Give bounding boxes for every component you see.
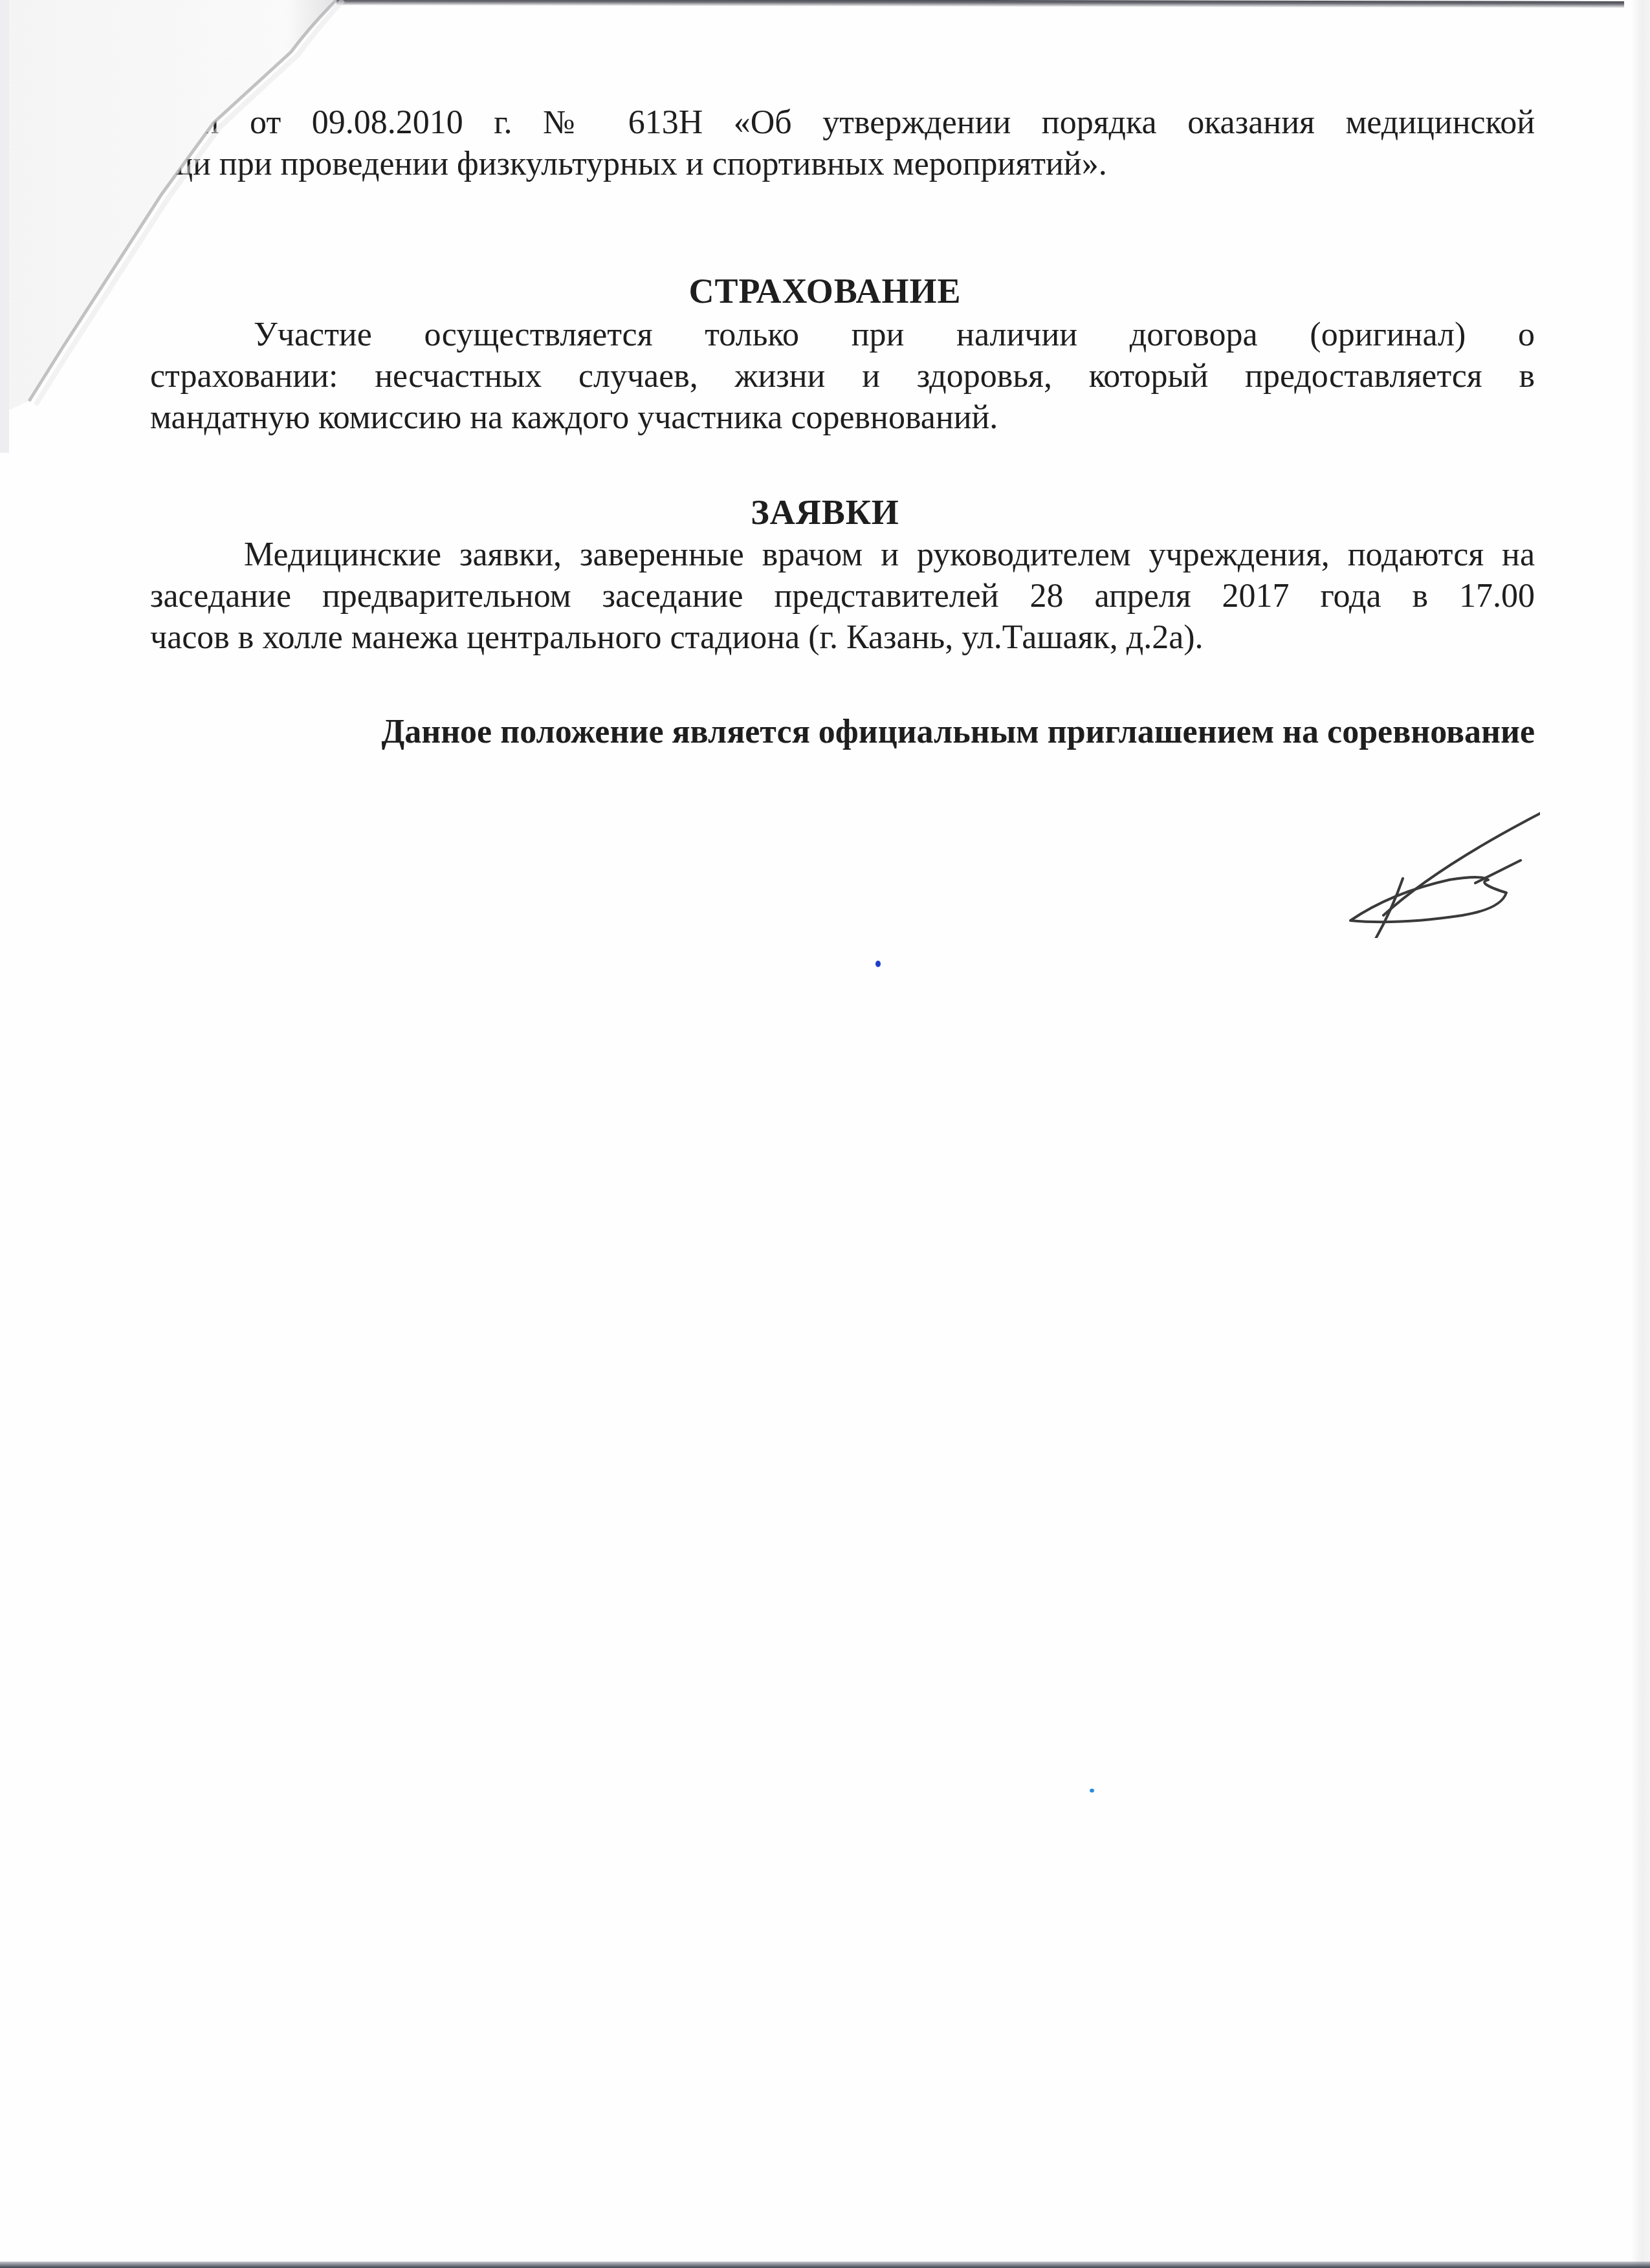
ink-speck xyxy=(1090,1789,1094,1793)
insurance-line-1: Участие осуществляется только при наличи… xyxy=(150,314,1535,356)
insurance-line-2: страховании: несчастных случаев, жизни и… xyxy=(150,356,1535,397)
scan-bottom-edge xyxy=(0,2262,1650,2268)
insurance-paragraph: Участие осуществляется только при наличи… xyxy=(150,314,1535,439)
scan-top-edge xyxy=(336,0,1624,8)
insurance-line-3: мандатную комиссию на каждого участника … xyxy=(150,397,1535,439)
scanned-page: ации от 09.08.2010 г. № 613Н «Об утвержд… xyxy=(0,0,1650,2268)
signature-icon xyxy=(1346,783,1540,938)
scan-right-edge xyxy=(1631,0,1650,2268)
applications-line-1: Медицинские заявки, заверенные врачом и … xyxy=(150,534,1535,576)
ink-speck xyxy=(875,961,881,967)
section-heading-insurance: СТРАХОВАНИЕ xyxy=(0,270,1650,312)
closing-statement: Данное положение является официальным пр… xyxy=(150,712,1535,753)
section-heading-applications: ЗАЯВКИ xyxy=(0,492,1650,533)
applications-line-3: часов в холле манежа центрального стадио… xyxy=(150,617,1535,659)
applications-line-2: заседание предварительном заседание пред… xyxy=(150,576,1535,617)
intro-line-1: ации от 09.08.2010 г. № 613Н «Об утвержд… xyxy=(150,102,1535,144)
applications-paragraph: Медицинские заявки, заверенные врачом и … xyxy=(150,534,1535,659)
intro-paragraph: ации от 09.08.2010 г. № 613Н «Об утвержд… xyxy=(150,102,1535,185)
intro-line-2: ощи при проведении физкультурных и спорт… xyxy=(150,144,1535,185)
